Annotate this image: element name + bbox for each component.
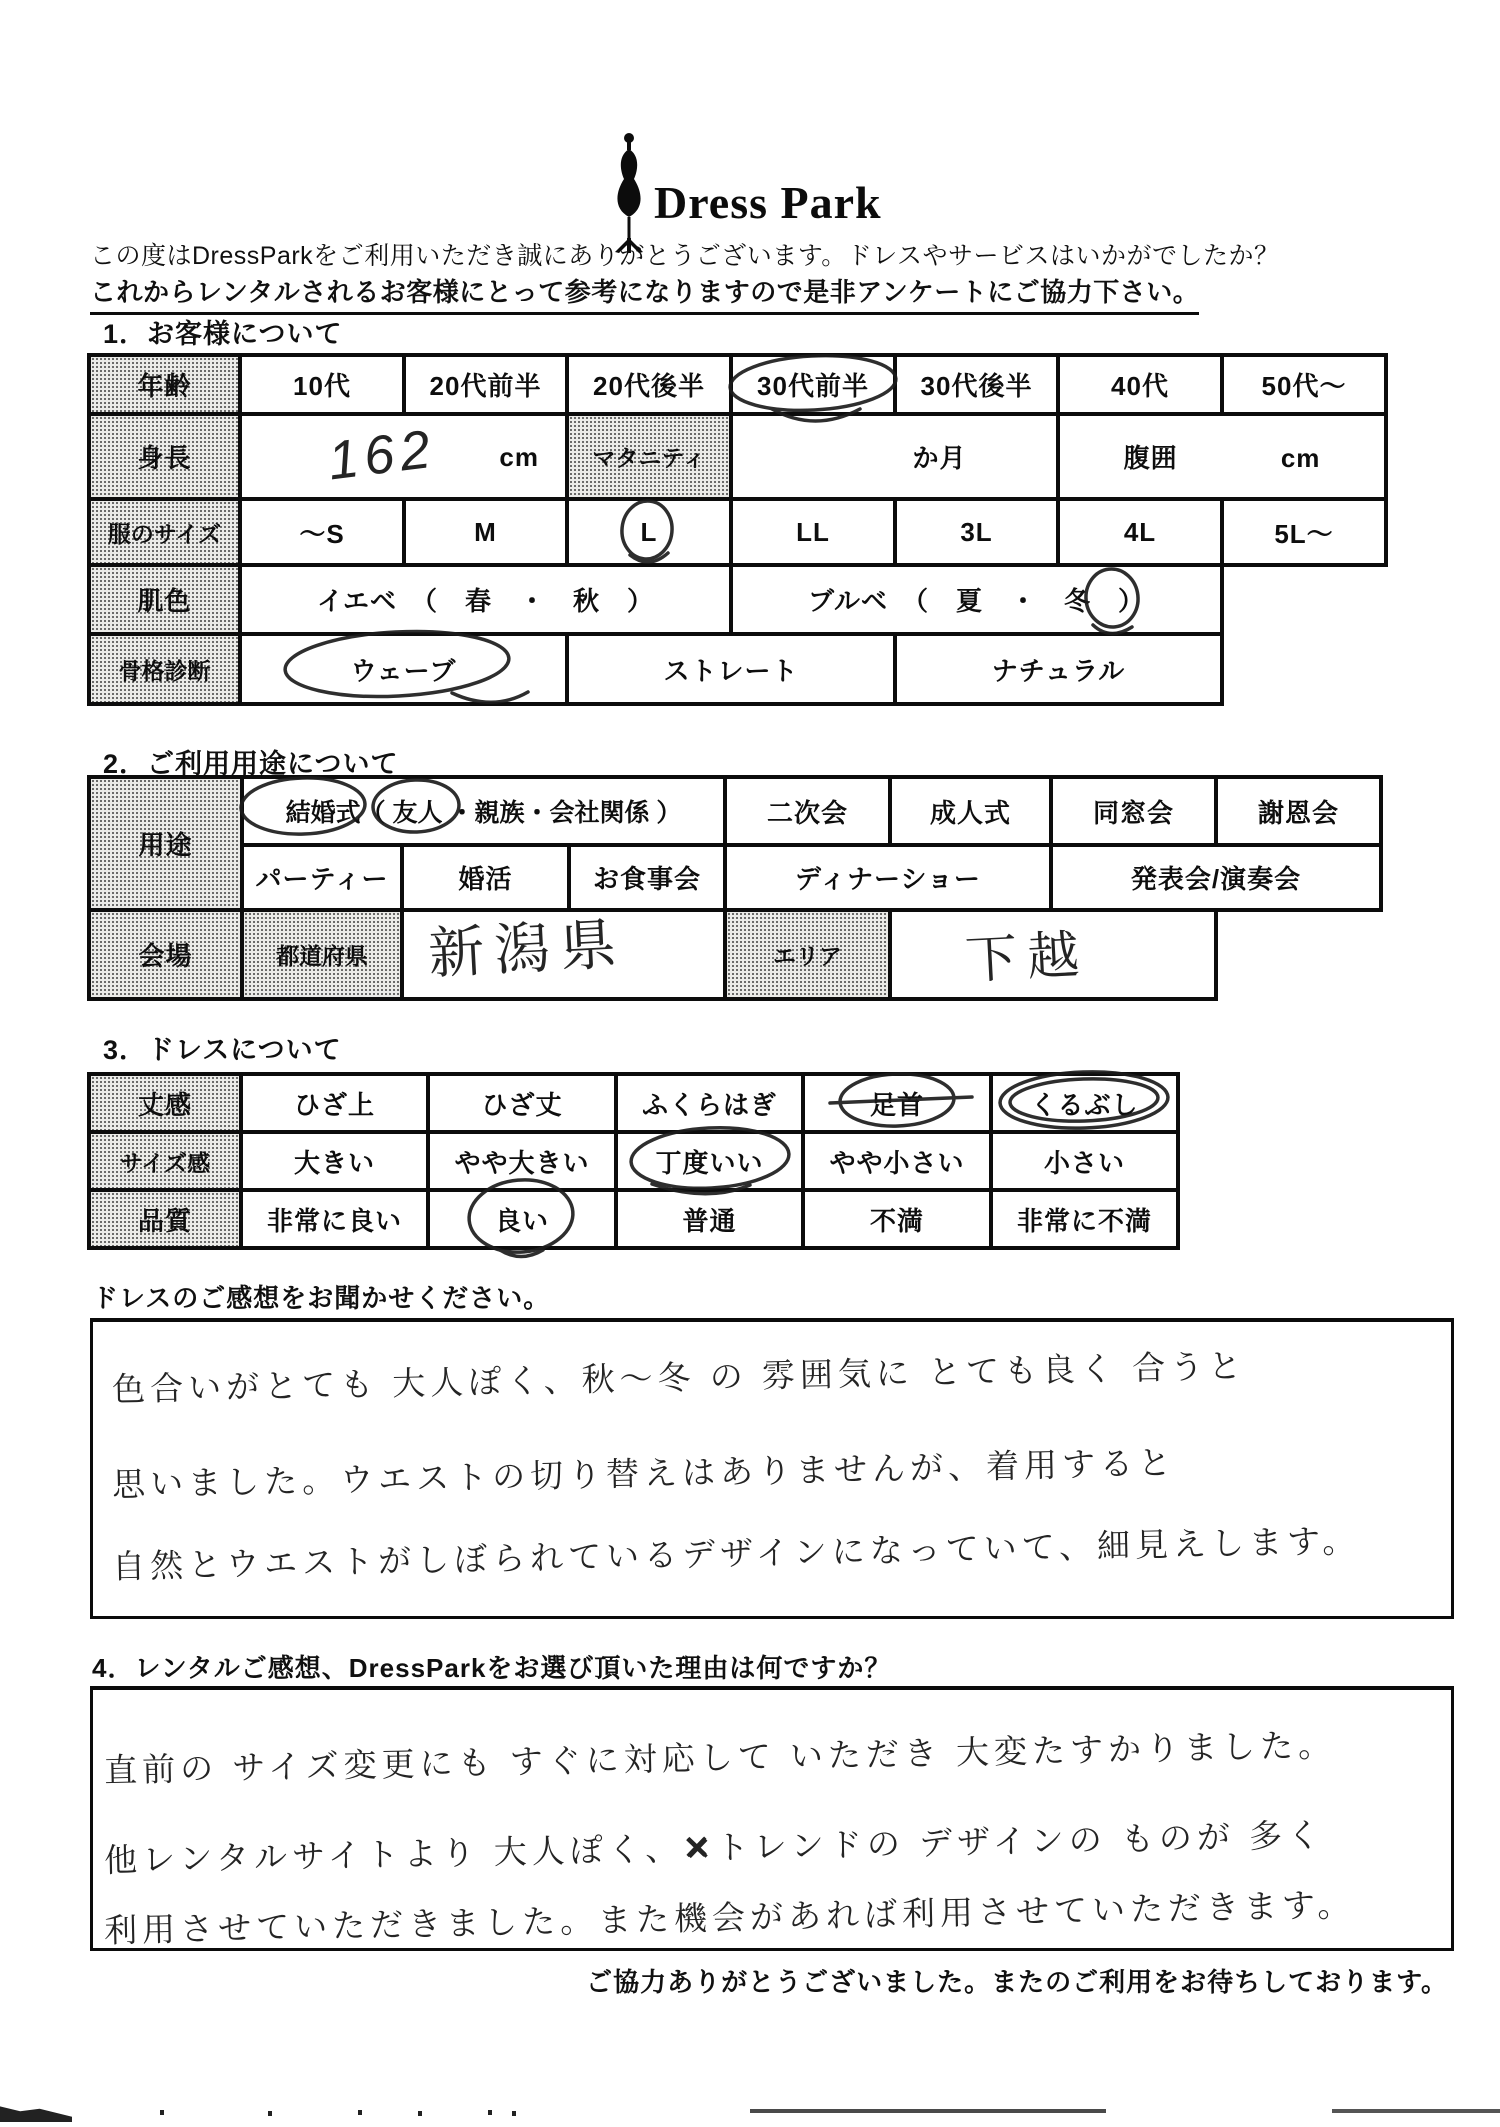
age-option-30-first: 30代前半 <box>731 355 895 414</box>
quality-option-normal: 普通 <box>616 1190 803 1248</box>
section3-title: 3．ドレスについて <box>103 1028 342 1067</box>
usage-option-thanks-party: 謝恩会 <box>1216 777 1381 845</box>
size-option-l: L <box>567 499 731 565</box>
quality-option-good: 良い <box>428 1190 616 1248</box>
age-option-30-second: 30代後半 <box>895 355 1058 414</box>
quality-header: 品質 <box>89 1190 241 1248</box>
usage-option-afterparty: 二次会 <box>725 777 890 845</box>
usage-option-recital: 発表会/演奏会 <box>1051 845 1381 910</box>
dress-comment-prompt: ドレスのご感想をお聞かせください。 <box>92 1278 550 1315</box>
maternity-months-cell: か月 <box>731 414 1058 499</box>
scan-artifact-dot <box>512 2111 516 2116</box>
fit-option-just-right: 丁度いい <box>616 1132 803 1190</box>
age-option-40s: 40代 <box>1058 355 1222 414</box>
skeleton-option-straight: ストレート <box>567 634 895 704</box>
row-clothing-size: 服のサイズ ～S M L LL 3L 4L 5L～ <box>89 499 1386 565</box>
table-dress: 丈感 ひざ上 ひざ丈 ふくらはぎ 足首 くるぶし サイズ感 大きい やや大きい … <box>87 1072 1180 1250</box>
row-skin-tone: 肌色 イエベ （ 春 ・ 秋 ） ブルベ （ 夏 ・ 冬 ） <box>89 565 1386 634</box>
age-option-10s: 10代 <box>240 355 404 414</box>
age-option-20-second: 20代後半 <box>567 355 731 414</box>
quality-option-dissatisfied: 不満 <box>803 1190 991 1248</box>
length-option-ankle: 足首 <box>803 1074 991 1132</box>
venue-header: 会場 <box>89 910 242 999</box>
scan-artifact-line <box>750 2109 1106 2113</box>
row-height: 身長 cm マタニティ か月 腹囲 cm <box>89 414 1386 499</box>
length-option-anklebone: くるぶし <box>991 1074 1178 1132</box>
scan-artifact-line <box>1332 2109 1500 2113</box>
empty-cell <box>1216 910 1381 999</box>
scan-artifact-dot <box>418 2111 422 2116</box>
row-venue: 会場 都道府県 エリア <box>89 910 1381 999</box>
quality-option-very-good: 非常に良い <box>241 1190 428 1248</box>
footer-thanks: ご協力ありがとうございました。またのご利用をお待ちしております。 <box>586 1962 1448 1999</box>
fit-option-small: 小さい <box>991 1132 1178 1190</box>
section4-title: 4．レンタルご感想、DressParkをお選び頂いた理由は何ですか？ <box>92 1648 891 1685</box>
height-header: 身長 <box>89 414 240 499</box>
size-header: 服のサイズ <box>89 499 240 565</box>
scan-artifact-dot <box>488 2110 492 2115</box>
size-option-4l: 4L <box>1058 499 1222 565</box>
area-label: エリア <box>725 910 890 999</box>
section1-title: 1．お客様について <box>103 312 342 351</box>
scratched-out-character: ✕ <box>683 1828 716 1868</box>
maternity-header: マタニティ <box>567 414 731 499</box>
usage-option-dinner-show: ディナーショー <box>725 845 1051 910</box>
size-option-m: M <box>404 499 567 565</box>
age-header: 年齢 <box>89 355 240 414</box>
empty-cell <box>1222 565 1386 634</box>
height-unit-label: cm <box>499 442 539 473</box>
circle-quality-tail <box>500 1250 543 1257</box>
skin-option-blue-base: ブルベ （ 夏 ・ 冬 ） <box>731 565 1222 634</box>
usage-option-reunion: 同窓会 <box>1051 777 1216 845</box>
size-option-ll: LL <box>731 499 895 565</box>
row-skeleton: 骨格診断 ウェーブ ストレート ナチュラル <box>89 634 1386 704</box>
usage-option-coming-of-age: 成人式 <box>890 777 1051 845</box>
skeleton-header: 骨格診断 <box>89 634 240 704</box>
empty-cell <box>1222 634 1386 704</box>
brand-logo-text: Dress Park <box>654 176 882 229</box>
scan-artifact-wedge <box>0 2098 72 2122</box>
row-quality: 品質 非常に良い 良い 普通 不満 非常に不満 <box>89 1190 1178 1248</box>
length-option-above-knee: ひざ上 <box>241 1074 428 1132</box>
usage-option-party: パーティー <box>242 845 402 910</box>
row-fit: サイズ感 大きい やや大きい 丁度いい やや小さい 小さい <box>89 1132 1178 1190</box>
row-age: 年齢 10代 20代前半 20代後半 30代前半 30代後半 40代 50代～ <box>89 355 1386 414</box>
handwritten-area: 下越 <box>963 912 1091 993</box>
size-option-3l: 3L <box>895 499 1058 565</box>
quality-option-very-dissatisfied: 非常に不満 <box>991 1190 1178 1248</box>
skin-header: 肌色 <box>89 565 240 634</box>
fit-option-slightly-small: やや小さい <box>803 1132 991 1190</box>
row-length: 丈感 ひざ上 ひざ丈 ふくらはぎ 足首 くるぶし <box>89 1074 1178 1132</box>
age-option-20-first: 20代前半 <box>404 355 567 414</box>
length-header: 丈感 <box>89 1074 241 1132</box>
skeleton-option-wave: ウェーブ <box>240 634 567 704</box>
scan-artifact-dot <box>160 2110 164 2115</box>
length-option-calf: ふくらはぎ <box>616 1074 803 1132</box>
fit-option-big: 大きい <box>241 1132 428 1190</box>
handwritten-height-value: 162 <box>325 418 440 493</box>
scan-artifact-dot <box>358 2110 362 2115</box>
waist-cell: 腹囲 cm <box>1058 414 1386 499</box>
row-usage-1: 用途 結婚式（ 友人 ・親族・会社関係 ） 二次会 成人式 同窓会 謝恩会 <box>89 777 1381 845</box>
usage-header: 用途 <box>89 777 242 910</box>
fit-option-slightly-big: やや大きい <box>428 1132 616 1190</box>
skin-option-yellow-base: イエベ （ 春 ・ 秋 ） <box>240 565 731 634</box>
rental-line2-pre: 他レンタルサイトより 大人ぽく、 <box>104 1830 684 1879</box>
intro-request-line: これからレンタルされるお客様にとって参考になりますので是非アンケートにご協力下さ… <box>90 272 1199 315</box>
scan-artifact-dot <box>268 2111 272 2116</box>
age-option-50s: 50代～ <box>1222 355 1386 414</box>
handwritten-prefecture: 新潟県 <box>426 900 628 990</box>
size-option-5l: 5L～ <box>1222 499 1386 565</box>
waist-label: 腹囲 <box>1124 438 1178 475</box>
row-usage-2: パーティー 婚活 お食事会 ディナーショー 発表会/演奏会 <box>89 845 1381 910</box>
usage-option-konkatsu: 婚活 <box>402 845 569 910</box>
table-usage: 用途 結婚式（ 友人 ・親族・会社関係 ） 二次会 成人式 同窓会 謝恩会 パー… <box>87 775 1383 1001</box>
size-option-s: ～S <box>240 499 404 565</box>
usage-option-dinner: お食事会 <box>569 845 725 910</box>
intro-thanks-line: この度はDressParkをご利用いただき誠にありがとうございます。ドレスやサー… <box>90 236 1279 272</box>
usage-option-wedding: 結婚式（ 友人 ・親族・会社関係 ） <box>242 777 725 845</box>
prefecture-label: 都道府県 <box>242 910 402 999</box>
table-customer: 年齢 10代 20代前半 20代後半 30代前半 30代後半 40代 50代～ … <box>87 353 1388 706</box>
skeleton-option-natural: ナチュラル <box>895 634 1222 704</box>
length-option-knee: ひざ丈 <box>428 1074 616 1132</box>
scanned-survey-page: Dress Park この度はDressParkをご利用いただき誠にありがとうご… <box>0 0 1500 2127</box>
fit-header: サイズ感 <box>89 1132 241 1190</box>
waist-unit-label: cm <box>1281 443 1321 473</box>
